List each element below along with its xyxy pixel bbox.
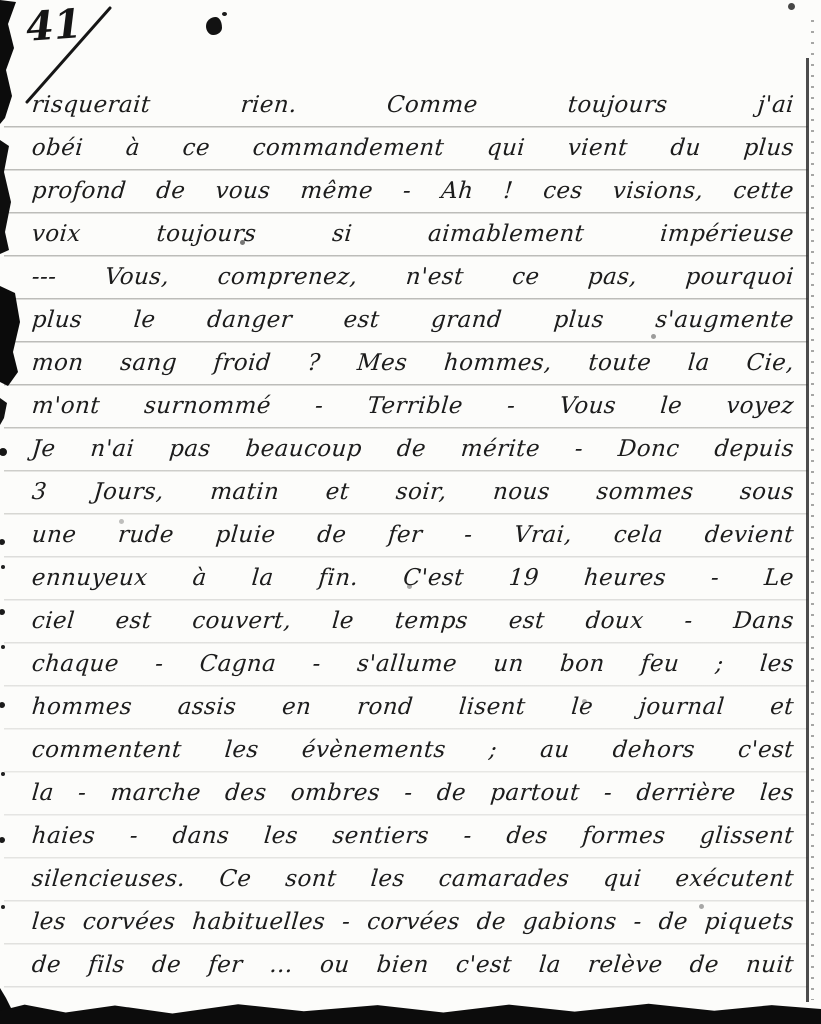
manuscript-text: risquerait rien. Comme toujours j'ai obé… bbox=[30, 84, 792, 987]
manuscript-line: hommes assis en rond lisent le journal e… bbox=[30, 686, 796, 729]
manuscript-line: la - marche des ombres - de partout - de… bbox=[30, 772, 796, 815]
manuscript-line: Je n'ai pas beaucoup de mérite - Donc de… bbox=[30, 428, 796, 471]
manuscript-line: commentent les évènements ; au dehors c'… bbox=[30, 729, 796, 772]
manuscript-line: mon sang froid ? Mes hommes, toute la Ci… bbox=[30, 342, 796, 385]
scan-artifact-bottom-edge bbox=[0, 1002, 821, 1024]
manuscript-line: les corvées habituelles - corvées de gab… bbox=[30, 901, 796, 944]
manuscript-line: haies - dans les sentiers - des formes g… bbox=[30, 815, 796, 858]
manuscript-line: 3 Jours, matin et soir, nous sommes sous bbox=[30, 471, 796, 514]
manuscript-line: risquerait rien. Comme toujours j'ai bbox=[30, 84, 796, 127]
manuscript-line: silencieuses. Ce sont les camarades qui … bbox=[30, 858, 796, 901]
scan-artifact-right-speckles bbox=[811, 20, 814, 1000]
manuscript-line: --- Vous, comprenez, n'est ce pas, pourq… bbox=[30, 256, 796, 299]
manuscript-line: voix toujours si aimablement impérieuse bbox=[30, 213, 796, 256]
manuscript-line: m'ont surnommé - Terrible - Vous le voye… bbox=[30, 385, 796, 428]
ink-blot bbox=[206, 17, 222, 35]
manuscript-line: profond de vous même - Ah ! ces visions,… bbox=[30, 170, 796, 213]
paper-speckles bbox=[0, 0, 3, 3]
manuscript-line: ennuyeux à la fin. C'est 19 heures - Le bbox=[30, 557, 796, 600]
manuscript-line: obéi à ce commandement qui vient du plus bbox=[30, 127, 796, 170]
manuscript-line: plus le danger est grand plus s'augmente bbox=[30, 299, 796, 342]
manuscript-line: chaque - Cagna - s'allume un bon feu ; l… bbox=[30, 643, 796, 686]
scan-artifact-left-edge bbox=[0, 0, 30, 1024]
scan-artifact-right-line bbox=[806, 58, 809, 1002]
manuscript-line: une rude pluie de fer - Vrai, cela devie… bbox=[30, 514, 796, 557]
manuscript-page: 41 risquerait rien. Comme toujours j'ai … bbox=[0, 0, 821, 1024]
manuscript-line: de fils de fer ... ou bien c'est la relè… bbox=[30, 944, 796, 987]
manuscript-line: ciel est couvert, le temps est doux - Da… bbox=[30, 600, 796, 643]
